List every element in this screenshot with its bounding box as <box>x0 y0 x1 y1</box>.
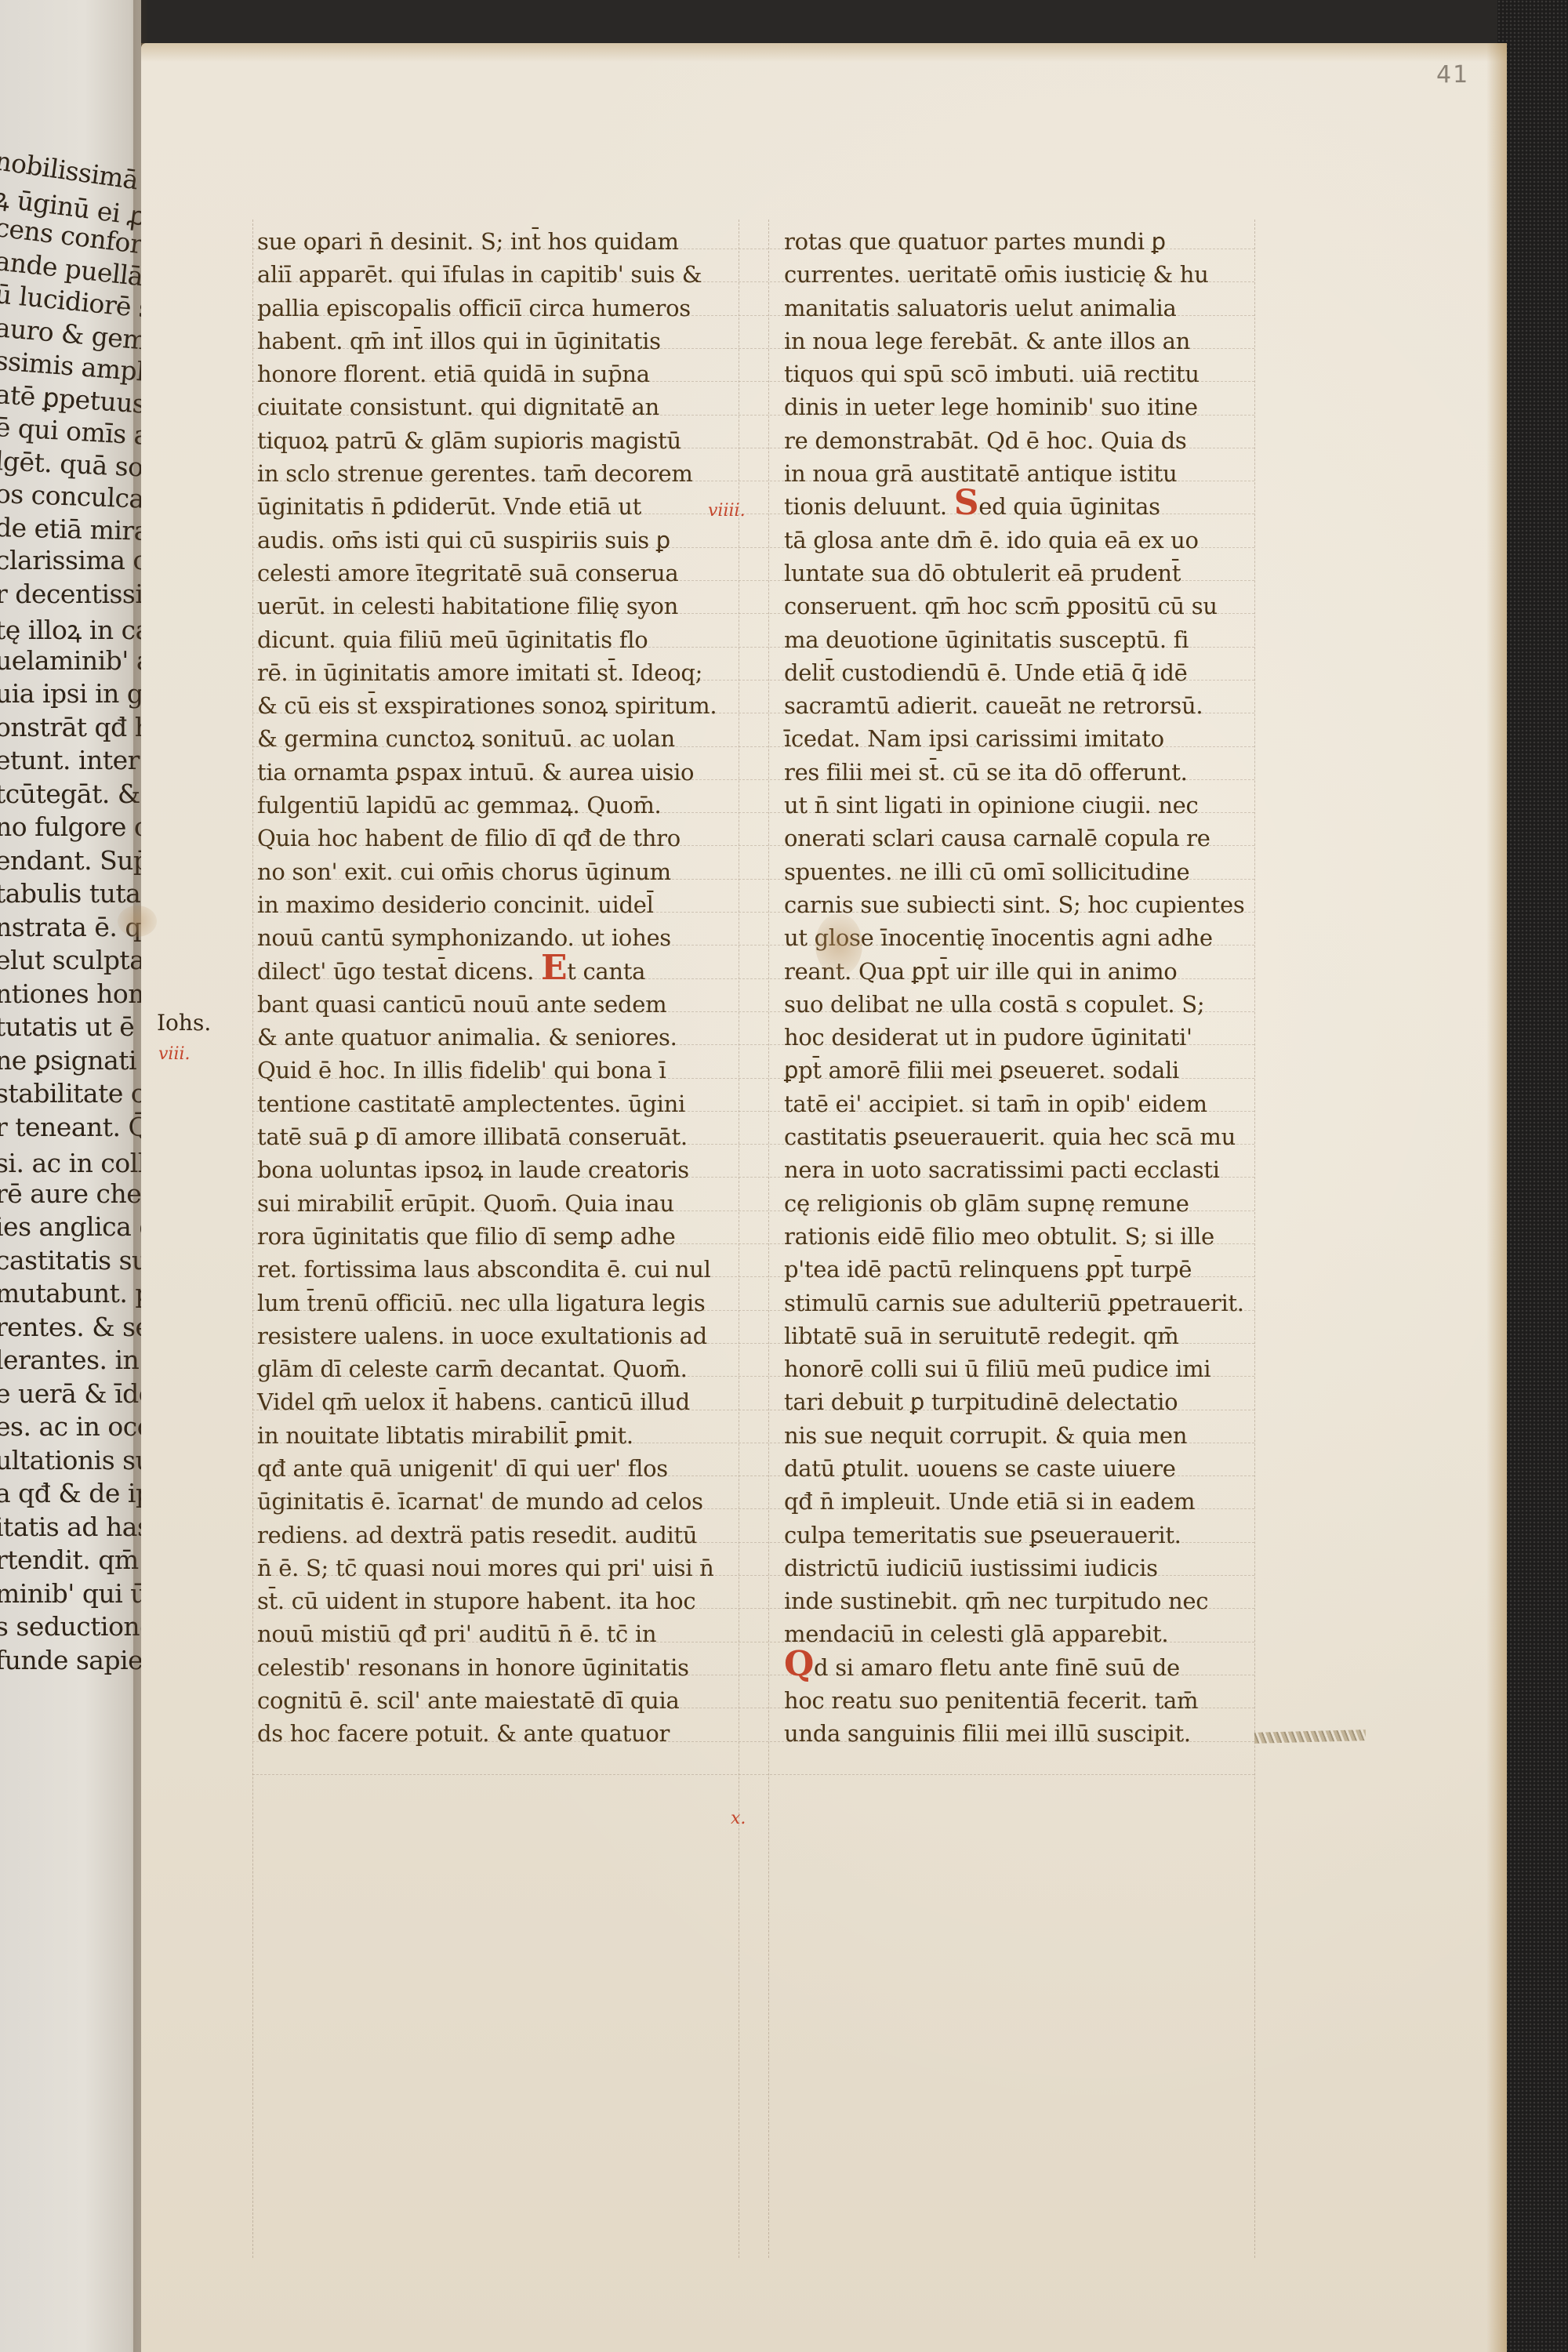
manuscript-line: resistere ualens. in uoce exultationis a… <box>257 1319 728 1352</box>
manuscript-line: tiquos qui spū scō imbuti. uiā rectitu <box>784 358 1254 390</box>
manuscript-line: n̄ ē. S; tc̄ quasi noui mores qui pri' u… <box>257 1552 728 1584</box>
manuscript-line: rora ūginitatis que filio dī semꝑ adhe <box>257 1220 728 1253</box>
manuscript-line: Quid ē hoc. In illis fidelib' qui bona ī <box>257 1054 728 1087</box>
manuscript-line: sui mirabilit̄ erūpit. Quom̄. Quia inau <box>257 1187 728 1220</box>
manuscript-line: ūginitatis ē. īcarnat' de mundo ad celos <box>257 1485 728 1518</box>
manuscript-line: īcedat. Nam ipsi carissimi imitato <box>784 722 1254 755</box>
previous-page-line: lerantes. in ꝑsperi <box>0 1345 141 1375</box>
manuscript-line: castitatis ꝑseuerauerit. quia hec scā mu <box>784 1120 1254 1153</box>
manuscript-line: st̄. cū uident in stupore habent. ita ho… <box>257 1584 728 1617</box>
manuscript-line: tionis deluunt. Sed quia ūginitas <box>784 490 1254 523</box>
manuscript-line: aliī apparēt. qui īfulas in capitib' sui… <box>257 258 728 291</box>
manuscript-line: celestib' resonans in honore ūginitatis <box>257 1651 728 1684</box>
previous-page-line: a qđ & de ipsa sim <box>0 1478 141 1508</box>
manuscript-line: honorē colli sui ū filiū meū pudice imi <box>784 1352 1254 1385</box>
folio-number: 41 <box>1436 61 1469 89</box>
scanner-backdrop <box>1497 0 1568 2352</box>
ruling-right-outer <box>768 220 769 2258</box>
previous-page-line: ntiones hominū h <box>0 978 141 1009</box>
manuscript-line: bant quasi canticū nouū ante sedem <box>257 988 728 1021</box>
manuscript-line: glām dī celeste carm̄ decantat. Quom̄. <box>257 1352 728 1385</box>
manuscript-leaf: 41 sue oꝑari n̄ desinit. S; int̄ hos qui… <box>141 43 1507 2352</box>
previous-page-line: ne ꝑsignati ē in ci <box>0 1045 141 1076</box>
previous-page-line: tabulis tutanti <box>0 878 141 909</box>
manuscript-line: dinis in ueter lege hominib' suo itine <box>784 390 1254 423</box>
manuscript-line: sacramtū adierit. caueāt ne retrorsū. <box>784 689 1254 722</box>
text-column-right: rotas que quatuor partes mundi ꝑcurrente… <box>784 225 1254 1751</box>
previous-page-line: itatis ad has spec <box>0 1512 141 1542</box>
manuscript-line: in noua lege ferebāt. & ante illos an <box>784 325 1254 358</box>
manuscript-line: conseruent. qm̄ hoc scm̄ ꝑpositū cū su <box>784 590 1254 622</box>
parchment-stain <box>118 906 157 937</box>
manuscript-line: stimulū carnis sue adulteriū ꝑpetrauerit… <box>784 1287 1254 1319</box>
marginal-chapter-number: viii. <box>158 1044 191 1064</box>
rubricated-initial: S <box>954 483 978 523</box>
manuscript-line: Quia hoc habent de filio dī qđ de thro <box>257 822 728 855</box>
manuscript-line: cę religionis ob glām supnę remune <box>784 1187 1254 1220</box>
parchment-stain <box>815 913 862 976</box>
previous-page-line: r teneant. Q̄d e in <box>0 1112 141 1142</box>
previous-page-line: endant. Sup̄ quor <box>0 845 141 876</box>
manuscript-line: ūginitatis n̄ ꝑdiderūt. Vnde etiā ut <box>257 490 728 523</box>
manuscript-line: bona uoluntas ipsoꝝ in laude creatoris <box>257 1153 728 1186</box>
previous-page-fragment: nobilissimā plenā idēꝝ ūginū ei ꝓtulit. … <box>0 0 141 2352</box>
previous-page-line: minib' qui ūtutes <box>0 1578 141 1609</box>
ruling-left-outer <box>252 220 253 2258</box>
manuscript-line: in sclo strenue gerentes. tam̄ decorem <box>257 457 728 490</box>
previous-page-line: ultationis sue angl <box>0 1445 141 1475</box>
manuscript-line: currentes. ueritatē om̄is iusticię & hu <box>784 258 1254 291</box>
manuscript-line: ds hoc facere potuit. & ante quatuor <box>257 1717 728 1750</box>
manuscript-line: inde sustinebit. qm̄ nec turpitudo nec <box>784 1584 1254 1617</box>
manuscript-line: delit̄ custodiendū ē. Unde etiā q̄ idē <box>784 656 1254 689</box>
manuscript-line: ꝑpt̄ amorē filii mei ꝑseueret. sodali <box>784 1054 1254 1087</box>
manuscript-line: nis sue nequit corrupit. & quia men <box>784 1419 1254 1452</box>
leaf-top-discoloration <box>141 43 1507 62</box>
manuscript-line: rē. in ūginitatis amore imitati st̄. Ide… <box>257 656 728 689</box>
manuscript-line: Videl qm̄ uelox it̄ habens. canticū illu… <box>257 1385 728 1418</box>
manuscript-line: habent. qm̄ int̄ illos qui in ūginitatis <box>257 325 728 358</box>
manuscript-line: fulgentiū lapidū ac gemmaꝝ. Quom̄. <box>257 789 728 822</box>
manuscript-line: in maximo desiderio concinit. uidel̄ <box>257 888 728 921</box>
manuscript-line: uerūt. in celesti habitatione filię syon <box>257 590 728 622</box>
manuscript-line: & ante quatuor animalia. & seniores. <box>257 1021 728 1054</box>
manuscript-line: ret. fortissima laus abscondita ē. cui n… <box>257 1253 728 1286</box>
rubricated-initial: E <box>541 948 567 988</box>
previous-page-line: etunt. inter suas ob <box>0 745 141 775</box>
manuscript-line: celesti amore ītegritatē suā conserua <box>257 557 728 590</box>
previous-page-line: de etiā mirabilit' u <box>0 512 141 548</box>
manuscript-line: no son' exit. cui om̄is chorus ūginum <box>257 855 728 888</box>
manuscript-line: datū ꝑtulit. uouens se caste uiuere <box>784 1452 1254 1485</box>
manuscript-line: re demonstrabāt. Qd ē hoc. Quia ds <box>784 424 1254 457</box>
previous-page-line: uia ipsi in glā ūgin <box>0 678 141 709</box>
manuscript-line: sue oꝑari n̄ desinit. S; int̄ hos quidam <box>257 225 728 258</box>
previous-page-line: mutabunt. petu <box>0 1278 141 1308</box>
manuscript-line: pallia episcopalis officiī circa humeros <box>257 292 728 325</box>
previous-page-line: e uerā & īdeficienti <box>0 1378 141 1409</box>
ruling-left-inner <box>739 220 739 2258</box>
manuscript-line: mendaciū in celesti glā apparebit. <box>784 1617 1254 1650</box>
manuscript-line: rediens. ad dexträ patis resedit. auditū <box>257 1519 728 1552</box>
manuscript-line: res filii mei st̄. cū se ita dō offerunt… <box>784 756 1254 789</box>
manuscript-line: tia ornamta ꝑspax intuū. & aurea uisio <box>257 756 728 789</box>
manuscript-line: rotas que quatuor partes mundi ꝑ <box>784 225 1254 258</box>
leaf-edge-discoloration <box>1486 43 1507 2352</box>
manuscript-line: qđ n̄ impleuit. Unde etiā si in eadem <box>784 1485 1254 1518</box>
manuscript-line: in noua grā austitatē antique istitu <box>784 457 1254 490</box>
manuscript-line: onerati sclari causa carnalē copula re <box>784 822 1254 855</box>
previous-page-line: es. ac in occursante <box>0 1411 141 1442</box>
previous-page-line: rē aure cherubin. <box>0 1178 141 1209</box>
previous-page-line: tcūtegāt. & cando <box>0 779 141 809</box>
previous-page-line: tutatis ut ē in c <box>0 1011 141 1042</box>
marginal-chapter-reference: Iohs. <box>157 1010 211 1036</box>
manuscript-line: culpa temeritatis sue ꝑseuerauerit. <box>784 1519 1254 1552</box>
previous-page-line: uelaminib' aurea <box>0 645 141 676</box>
previous-page-line: si. ac in collo eoꝝ sp <box>0 1145 141 1180</box>
previous-page-line: no fulgore castra <box>0 811 141 842</box>
manuscript-line: ma deuotione ūginitatis susceptū. fi <box>784 623 1254 656</box>
manuscript-line: nouū mistiū qđ pri' auditū n̄ ē. tc̄ in <box>257 1617 728 1650</box>
rubricated-initial: Q <box>784 1644 814 1684</box>
manuscript-line: manitatis saluatoris uelut animalia <box>784 292 1254 325</box>
previous-page-line: stabilitate castra <box>0 1078 141 1109</box>
ruling-right-inner <box>1254 220 1255 2258</box>
manuscript-line: nouū cantū symphonizando. ut iohes <box>257 921 728 954</box>
manuscript-line: carnis sue subiecti sint. S; hoc cupient… <box>784 888 1254 921</box>
manuscript-line: tiquoꝝ patrū & glām supioris magistū <box>257 424 728 457</box>
manuscript-line: tentione castitatē amplectentes. ūgini <box>257 1087 728 1120</box>
manuscript-line: unda sanguinis filii mei illū suscipit. <box>784 1717 1254 1750</box>
manuscript-line: in nouitate libtatis mirabilit̄ ꝑmit. <box>257 1419 728 1452</box>
manuscript-line: districtū iudiciū iustissimi iudicis <box>784 1552 1254 1584</box>
previous-page-line: onstrāt qđ hii qui <box>0 712 141 742</box>
manuscript-line: suo delibat ne ulla costā s copulet. S; <box>784 988 1254 1021</box>
manuscript-line: luntate sua dō obtulerit eā prudent̄ <box>784 557 1254 590</box>
manuscript-line: libtatē suā in seruitutē redegit. qm̄ <box>784 1319 1254 1352</box>
manuscript-line: rationis eidē filio meo obtulit. S; si i… <box>784 1220 1254 1253</box>
manuscript-line: qđ ante quā unigenit' dī qui uer' flos <box>257 1452 728 1485</box>
text-column-left: sue oꝑari n̄ desinit. S; int̄ hos quidam… <box>257 225 728 1751</box>
marginal-numeral-lower: x. <box>731 1809 746 1828</box>
marginal-numeral-upper: viiii. <box>708 501 746 521</box>
previous-page-line: funde sapientia <box>0 1645 141 1675</box>
manuscript-line: ut n̄ sint ligati in opinione ciugii. ne… <box>784 789 1254 822</box>
manuscript-line: dilect' ūgo testat̄ dicens. Et canta <box>257 955 728 988</box>
previous-page-line: castitatis sue m <box>0 1245 141 1276</box>
manuscript-line: ciuitate consistunt. qui dignitatē an <box>257 390 728 423</box>
manuscript-line: tā glosa ante dm̄ ē. ido quia eā ex uo <box>784 524 1254 557</box>
manuscript-line: & germina cunctoꝝ sonituū. ac uolan <box>257 722 728 755</box>
manuscript-line: tari debuit ꝑ turpitudinē delectatio <box>784 1385 1254 1418</box>
manuscript-line: honore florent. etiā quidā in sup̄na <box>257 358 728 390</box>
manuscript-line: hoc desiderat ut in pudore ūginitati' <box>784 1021 1254 1054</box>
manuscript-line: hoc reatu suo penitentiā fecerit. tam̄ <box>784 1684 1254 1717</box>
manuscript-line: tatē suā ꝑ dī amore illibatā conseruāt. <box>257 1120 728 1153</box>
previous-page-line: s seductiones fugit. <box>0 1611 141 1642</box>
manuscript-line: Qd si amaro fletu ante finē suū de <box>784 1651 1254 1684</box>
previous-page-line: rtendit. qm̄ ieffabi <box>0 1544 141 1575</box>
previous-page-line: clarissima oꝑa que <box>0 545 141 575</box>
manuscript-line: cognitū ē. scil' ante maiestatē dī quia <box>257 1684 728 1717</box>
manuscript-line: audis. om̄s isti qui cū suspiriis suis ꝑ <box>257 524 728 557</box>
manuscript-line: p'tea idē pactū relinquens ꝑpt̄ turpē <box>784 1253 1254 1286</box>
previous-page-line: rentes. & se ipsos fr <box>0 1312 141 1342</box>
previous-page-line: tę illoꝝ in capitib' <box>0 612 141 647</box>
previous-page-line: r decentissime exor <box>0 579 141 609</box>
manuscript-line: & cū eis st̄ exspirationes sonoꝝ spiritu… <box>257 689 728 722</box>
previous-page-line: ies anglica declara <box>0 1211 141 1242</box>
manuscript-line: nera in uoto sacratissimi pacti ecclasti <box>784 1153 1254 1186</box>
ruling-line <box>252 1774 1254 1775</box>
manuscript-line: dicunt. quia filiū meū ūginitatis flo <box>257 623 728 656</box>
manuscript-line: tatē ei' accipiet. si tam̄ in opib' eide… <box>784 1087 1254 1120</box>
manuscript-line: spuentes. ne illi cū omī sollicitudine <box>784 855 1254 888</box>
previous-page-line: elut sculpta appar <box>0 945 141 975</box>
manuscript-line: lum t̄renū officiū. nec ulla ligatura le… <box>257 1287 728 1319</box>
